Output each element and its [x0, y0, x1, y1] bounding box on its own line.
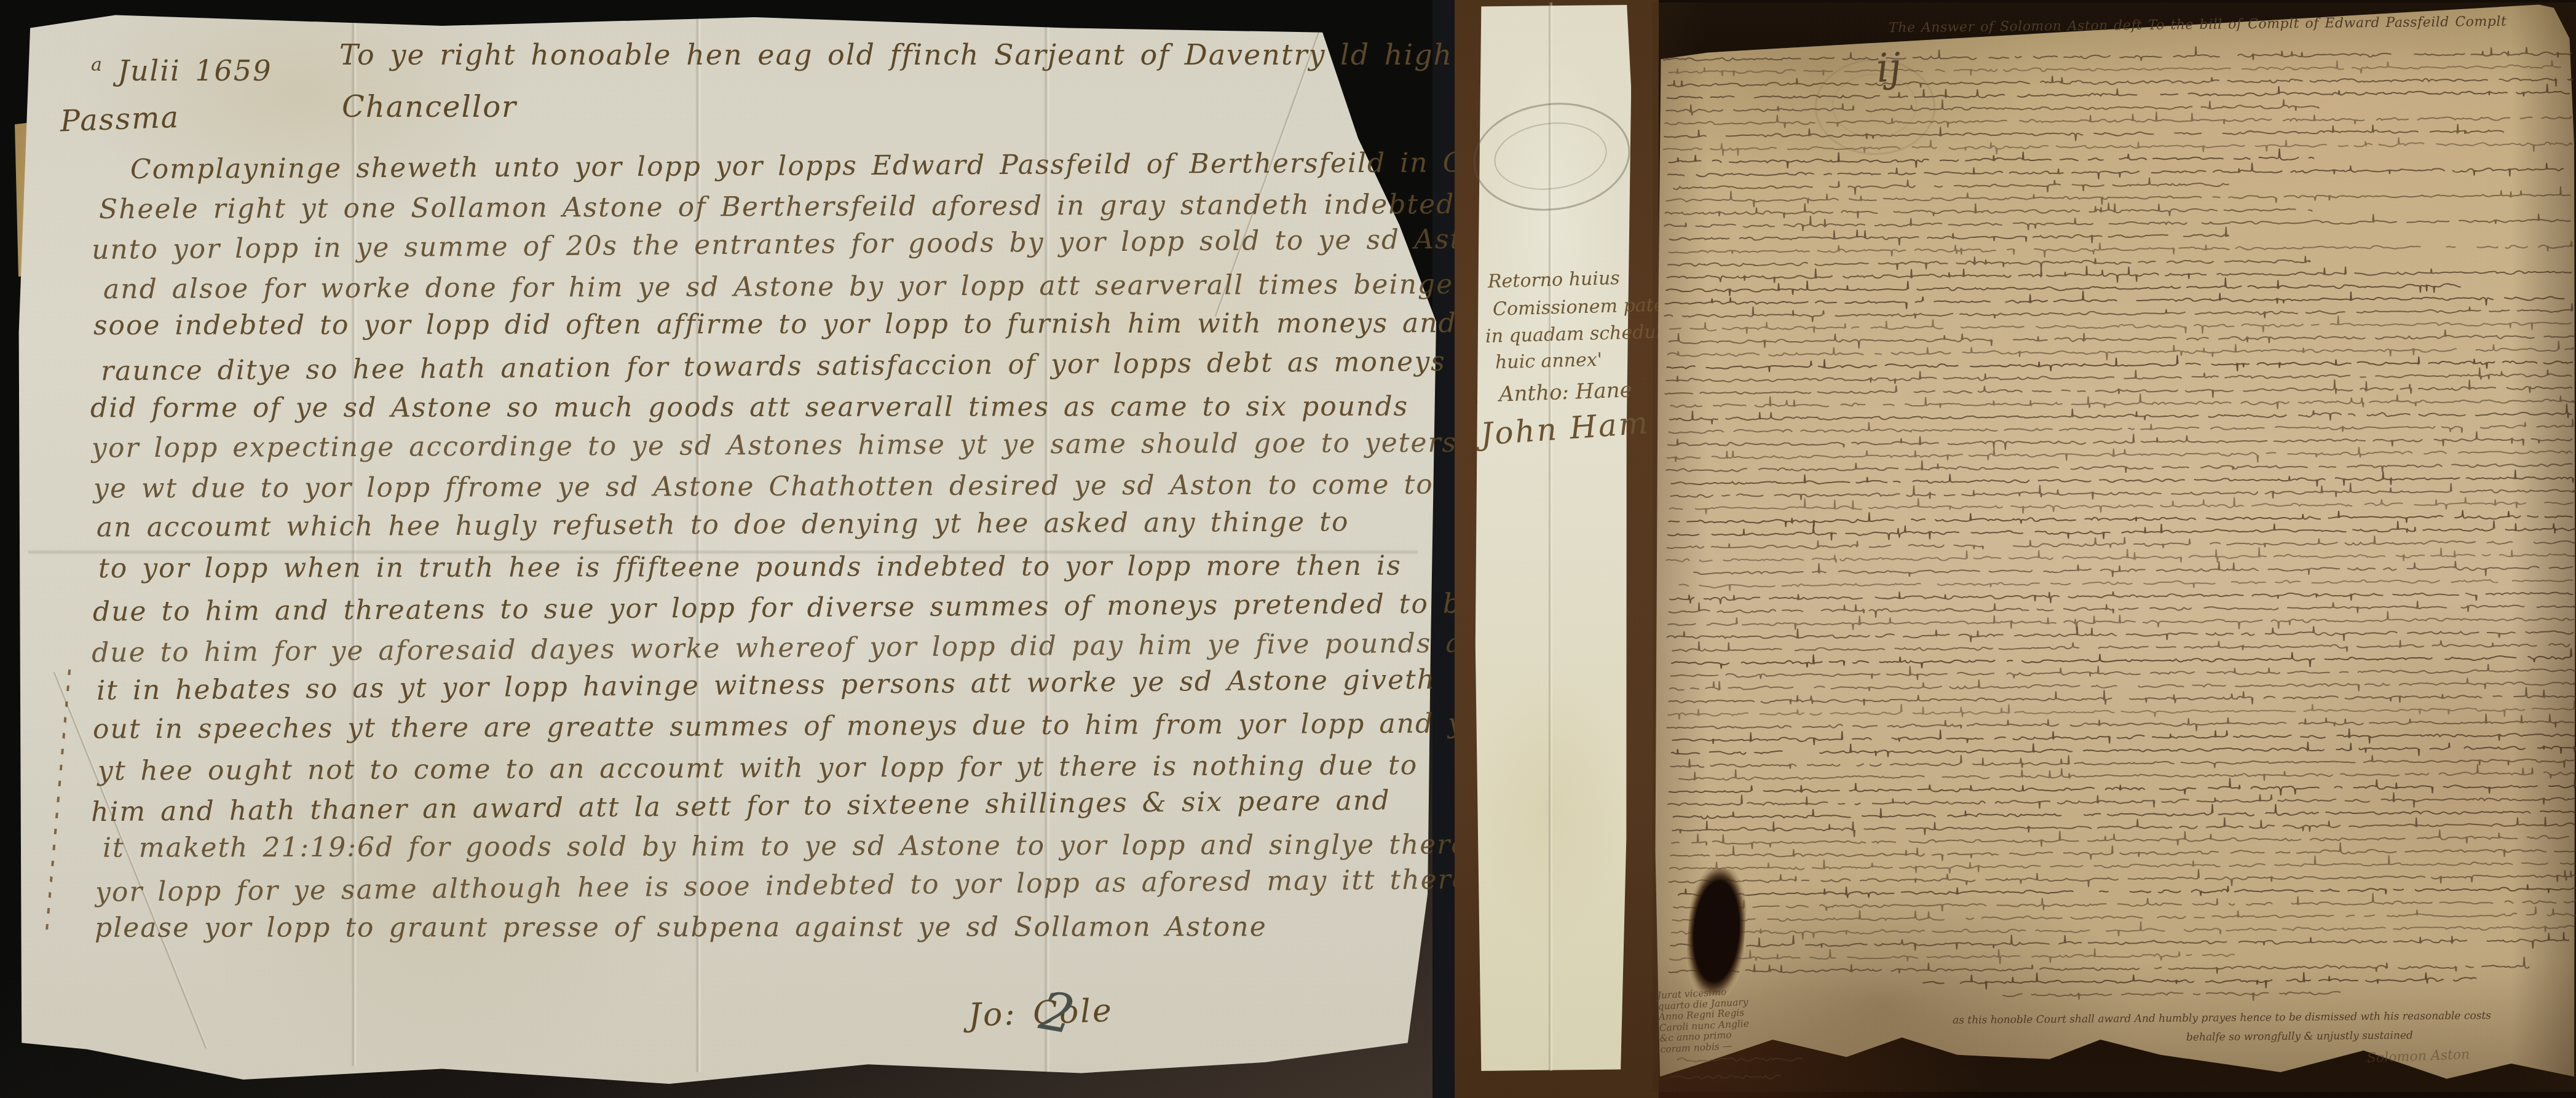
- manuscript-line: Sheele right yt one Sollamon Astone of B…: [99, 189, 1455, 225]
- script-line: [1669, 494, 2573, 516]
- script-line: [1669, 508, 2573, 527]
- script-line: [1673, 892, 2575, 913]
- script-line: [1922, 970, 2476, 990]
- script-line: [1669, 328, 2575, 349]
- script-line: [1665, 200, 2312, 219]
- script-line: [1670, 751, 2574, 773]
- script-line: [1667, 255, 2310, 272]
- script-line: [1667, 431, 2572, 452]
- script-line: [1667, 444, 2572, 466]
- manuscript-line: yt hee ought not to come to an accoumt w…: [98, 749, 1418, 786]
- script-line: [1668, 59, 2570, 77]
- script-line: [1678, 764, 2574, 784]
- script-line: [1669, 957, 2531, 977]
- answer-body-script: [1653, 2, 2576, 1092]
- script-line: [1669, 314, 2572, 337]
- script-line: [1667, 353, 2573, 375]
- manuscript-line: sooe indebted to yor lopp did often affi…: [93, 307, 1527, 341]
- script-line: [1670, 840, 2575, 862]
- script-line: [1669, 404, 2572, 425]
- script-line: [1667, 161, 2570, 182]
- script-line: [1665, 109, 2572, 130]
- script-line: [1669, 947, 2236, 966]
- manuscript-line: an accoumt which hee hugly refuseth to d…: [97, 506, 1349, 543]
- script-line: [1665, 288, 2572, 310]
- manuscript-line: it maketh 21:19:6d for goods sold by him…: [103, 829, 1528, 864]
- manuscript-line: did forme of ye sd Astone so much goods …: [90, 390, 1409, 424]
- script-line: [1667, 263, 2572, 285]
- script-line: [1669, 588, 2573, 606]
- script-line: [1673, 177, 2229, 196]
- script-line: [1665, 456, 2572, 476]
- script-line: [1670, 931, 2575, 954]
- endorsement-line: Retorno huius: [1488, 267, 1621, 293]
- petition-heading-line1: To ye right honoable hen eag old ffinch …: [339, 38, 1453, 71]
- faint-signature-scribble: [1670, 1075, 1780, 1080]
- script-line: [1663, 136, 2572, 157]
- script-line: [1665, 545, 2575, 566]
- date-note: a Julii 1659: [91, 54, 272, 87]
- filing-note: Passma: [60, 100, 180, 139]
- faint-signature-scribble: [1677, 1057, 1803, 1062]
- script-line: [1667, 73, 2572, 92]
- script-line: [1693, 559, 2573, 581]
- script-line: [1665, 378, 2572, 401]
- script-line: [1671, 470, 2574, 491]
- manuscript-line: yor lopp expectinge accordinge to ye sd …: [91, 427, 1476, 464]
- page-mark: ij: [1875, 45, 1902, 92]
- script-line: [1665, 367, 2572, 385]
- script-line: [1669, 867, 2576, 890]
- script-line: [1671, 740, 2576, 760]
- script-line: [1672, 726, 2575, 748]
- script-line: [1678, 882, 2576, 899]
- script-line: [1665, 276, 2460, 297]
- script-line: [1669, 597, 2576, 618]
- manuscript-line: please yor lopp to graunt presse of subp…: [95, 911, 1267, 944]
- script-line: [1664, 302, 2573, 323]
- manuscript-line: out in speeches yt there are greatte sum…: [93, 708, 1477, 745]
- script-line: [1667, 623, 2574, 645]
- script-line: [1667, 341, 2574, 363]
- script-line: [1667, 713, 2574, 734]
- script-line: [1670, 481, 2575, 502]
- script-line: [1667, 700, 2575, 722]
- script-line: [1679, 579, 2574, 591]
- script-line: [1671, 827, 2575, 849]
- script-line: [1669, 240, 2572, 259]
- script-line: [1671, 649, 2574, 671]
- script-line: [1671, 919, 2575, 941]
- signature-antho-hane: Antho: Hane: [1498, 377, 1632, 407]
- script-line: [1667, 789, 2574, 812]
- script-line: [1669, 854, 2576, 875]
- script-line: [1664, 124, 2503, 143]
- petition-heading-line2: Chancellor: [342, 90, 517, 124]
- script-line: [1664, 211, 2570, 232]
- script-line: [1670, 662, 2574, 681]
- script-line: [1670, 391, 2574, 413]
- script-line: [1667, 534, 2575, 551]
- script-line: [1667, 520, 2575, 542]
- manuscript-line: ye wt due to yor lopp ffrome ye sd Aston…: [93, 468, 1434, 504]
- script-line: [1663, 44, 2572, 64]
- script-line: [1669, 227, 2229, 247]
- script-line: [1669, 676, 2574, 695]
- script-line: [2002, 991, 2341, 1002]
- manuscript-line: and alsoe for worke done for him ye sd A…: [103, 269, 1491, 305]
- script-line: [1667, 84, 2570, 101]
- date-superscript: a: [91, 54, 103, 76]
- script-line: [1665, 97, 2319, 116]
- endorsement-line: huic annex': [1495, 349, 1603, 374]
- script-line: [1672, 636, 2573, 656]
- script-line: [1669, 418, 2574, 438]
- script-line: [1673, 802, 2575, 819]
- script-line: [1669, 776, 2576, 799]
- script-line: [1665, 186, 2570, 208]
- photograph-of-manuscripts: a Julii 1659 Passma To ye right honoable…: [0, 0, 2576, 1098]
- script-line: [1669, 687, 2575, 708]
- script-line: [1672, 906, 2576, 922]
- marginal-jurat-note: Jurat vicesimoquarto die JanuaryAnno Reg…: [1657, 982, 1832, 1056]
- seal-hole: [1684, 866, 1749, 997]
- script-line: [1667, 610, 2574, 633]
- manuscript-line: to yor lopp when in truth hee is ffiftee…: [98, 550, 1402, 584]
- script-line: [1669, 148, 2315, 169]
- answer-closing-line: behalfe so wrongfully & unjustly sustain…: [2186, 1029, 2413, 1043]
